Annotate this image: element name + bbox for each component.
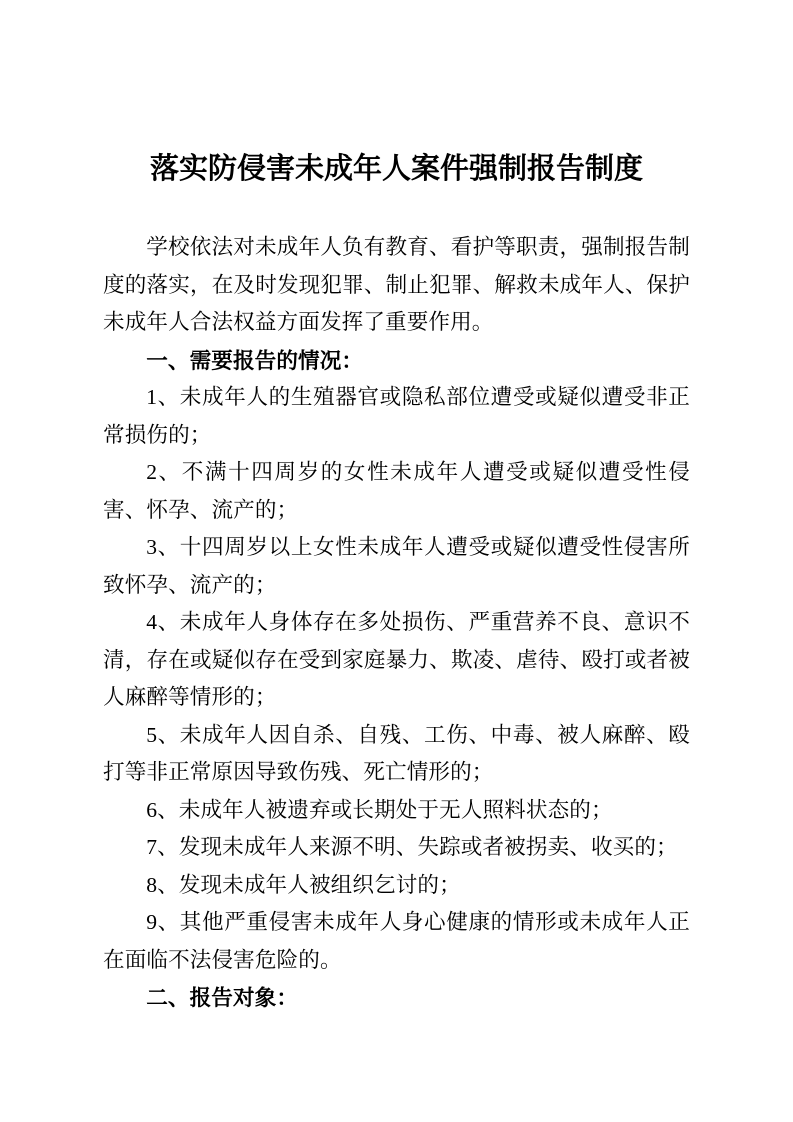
paragraph: 3、十四周岁以上女性未成年人遭受或疑似遭受性侵害所致怀孕、流产的； (103, 529, 690, 604)
paragraph: 5、未成年人因自杀、自残、工伤、中毒、被人麻醉、殴打等非正常原因导致伤残、死亡情… (103, 717, 690, 792)
section-heading: 二、报告对象： (103, 979, 690, 1017)
document-page: 落实防侵害未成年人案件强制报告制度 学校依法对未成年人负有教育、看护等职责，强制… (0, 0, 793, 1122)
paragraph: 1、未成年人的生殖器官或隐私部位遭受或疑似遭受非正常损伤的； (103, 379, 690, 454)
paragraph: 7、发现未成年人来源不明、失踪或者被拐卖、收买的； (103, 829, 690, 867)
section-heading: 一、需要报告的情况： (103, 342, 690, 380)
paragraph: 6、未成年人被遗弃或长期处于无人照料状态的； (103, 792, 690, 830)
paragraph: 9、其他严重侵害未成年人身心健康的情形或未成年人正在面临不法侵害危险的。 (103, 904, 690, 979)
document-title: 落实防侵害未成年人案件强制报告制度 (103, 149, 690, 189)
paragraph: 学校依法对未成年人负有教育、看护等职责，强制报告制度的落实，在及时发现犯罪、制止… (103, 229, 690, 342)
paragraph: 8、发现未成年人被组织乞讨的； (103, 867, 690, 905)
paragraph: 2、不满十四周岁的女性未成年人遭受或疑似遭受性侵害、怀孕、流产的； (103, 454, 690, 529)
paragraph: 4、未成年人身体存在多处损伤、严重营养不良、意识不清，存在或疑似存在受到家庭暴力… (103, 604, 690, 717)
document-body: 学校依法对未成年人负有教育、看护等职责，强制报告制度的落实，在及时发现犯罪、制止… (103, 229, 690, 1017)
